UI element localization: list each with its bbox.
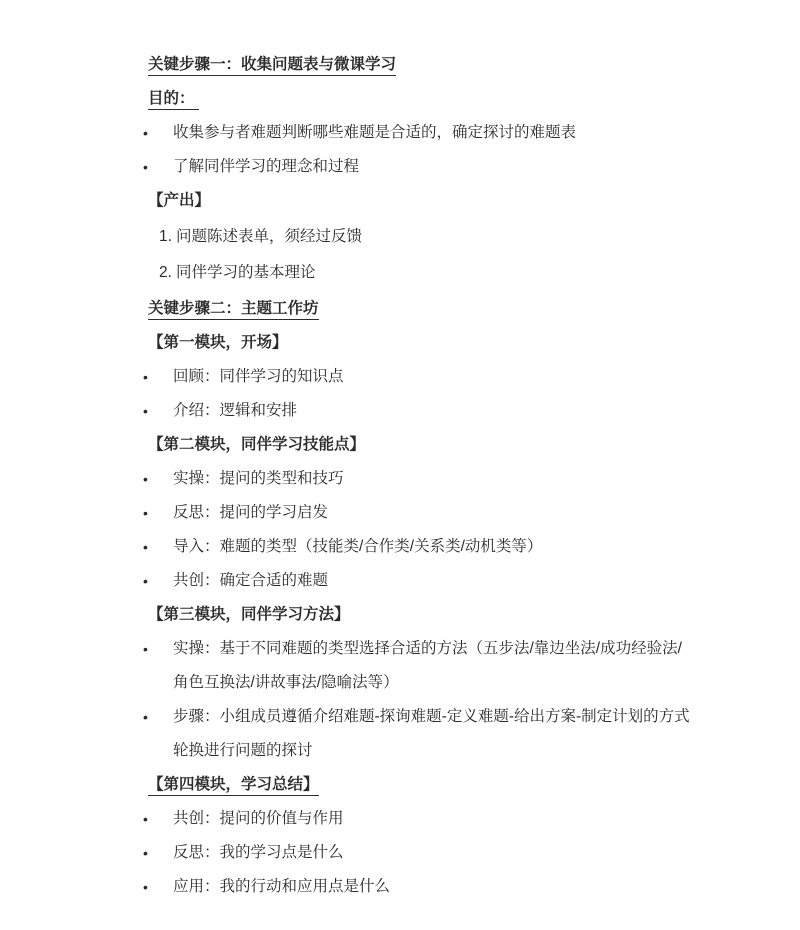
text: 回顾：同伴学习的知识点 [173, 368, 344, 385]
text: 实操：提问的类型和技巧 [173, 470, 344, 487]
text-line: 导入：难题的类型（技能类/合作类/关系类/动机类等） [173, 530, 710, 564]
bullet-marker: • [143, 116, 148, 150]
text: 收集参与者难题判断哪些难题是合适的，确定探讨的难题表 [173, 124, 576, 141]
bullet-item: •应用：我的行动和应用点是什么 [148, 870, 710, 904]
text: 实操：基于不同难题的类型选择合适的方法（五步法/靠边坐法/成功经验法/ [173, 640, 682, 657]
number-marker: 2. [159, 256, 172, 290]
text-line: 【第一模块，开场】 [148, 326, 710, 360]
text-line: 实操：基于不同难题的类型选择合适的方法（五步法/靠边坐法/成功经验法/ [173, 632, 710, 666]
bullet-marker: • [143, 700, 148, 734]
bullet-marker: • [143, 462, 148, 496]
text-line: 反思：提问的学习启发 [173, 496, 710, 530]
text-line: 【第四模块，学习总结】 [148, 768, 710, 802]
bullet-marker: • [143, 360, 148, 394]
bullet-item: •实操：提问的类型和技巧 [148, 462, 710, 496]
bullet-item: •共创：提问的价值与作用 [148, 802, 710, 836]
numbered-item: 2.同伴学习的基本理论 [148, 256, 710, 290]
bullet-item: •反思：提问的学习启发 [148, 496, 710, 530]
bullet-item: •收集参与者难题判断哪些难题是合适的，确定探讨的难题表 [148, 116, 710, 150]
text-line: 轮换进行问题的探讨 [173, 734, 710, 768]
bullet-marker: • [143, 496, 148, 530]
text: 角色互换法/讲故事法/隐喻法等） [173, 674, 399, 691]
text: 轮换进行问题的探讨 [173, 742, 313, 759]
heading: 【第三模块，同伴学习方法】 [148, 598, 710, 632]
bullet-item: •步骤：小组成员遵循介绍难题-探询难题-定义难题-给出方案-制定计划的方式轮换进… [148, 700, 710, 768]
text-line: 回顾：同伴学习的知识点 [173, 360, 710, 394]
underlined-text: 关键步骤二：主题工作坊 [148, 300, 319, 320]
bullet-marker: • [143, 802, 148, 836]
text-line: 应用：我的行动和应用点是什么 [173, 870, 710, 904]
text-line: 关键步骤二：主题工作坊 [148, 292, 710, 326]
bullet-item: •了解同伴学习的理念和过程 [148, 150, 710, 184]
text: 步骤：小组成员遵循介绍难题-探询难题-定义难题-给出方案-制定计划的方式 [173, 708, 690, 725]
text-line: 共创：确定合适的难题 [173, 564, 710, 598]
numbered-item: 1.问题陈述表单，须经过反馈 [148, 220, 710, 254]
text-line: 【第二模块，同伴学习技能点】 [148, 428, 710, 462]
bullet-item: •实操：基于不同难题的类型选择合适的方法（五步法/靠边坐法/成功经验法/角色互换… [148, 632, 710, 700]
bullet-marker: • [143, 564, 148, 598]
text-line: 问题陈述表单，须经过反馈 [176, 220, 710, 254]
text-line: 收集参与者难题判断哪些难题是合适的，确定探讨的难题表 [173, 116, 710, 150]
underlined-text: 关键步骤一：收集问题表与微课学习 [148, 56, 396, 76]
heading: 【第一模块，开场】 [148, 326, 710, 360]
bullet-marker: • [143, 150, 148, 184]
text: 【第三模块，同伴学习方法】 [148, 606, 350, 623]
text-line: 目的： [148, 82, 710, 116]
text-line: 【产出】 [148, 184, 710, 218]
text: 同伴学习的基本理论 [176, 264, 316, 281]
text: 反思：提问的学习启发 [173, 504, 328, 521]
number-marker: 1. [159, 220, 172, 254]
bullet-item: •反思：我的学习点是什么 [148, 836, 710, 870]
text: 【产出】 [148, 192, 210, 209]
text: 共创：确定合适的难题 [173, 572, 328, 589]
text: 共创：提问的价值与作用 [173, 810, 344, 827]
text-line: 角色互换法/讲故事法/隐喻法等） [173, 666, 710, 700]
text-line: 实操：提问的类型和技巧 [173, 462, 710, 496]
text-line: 步骤：小组成员遵循介绍难题-探询难题-定义难题-给出方案-制定计划的方式 [173, 700, 710, 734]
bullet-marker: • [143, 632, 148, 666]
document-content: 关键步骤一：收集问题表与微课学习目的： •收集参与者难题判断哪些难题是合适的，确… [148, 48, 710, 904]
bullet-item: •回顾：同伴学习的知识点 [148, 360, 710, 394]
text: 【第二模块，同伴学习技能点】 [148, 436, 365, 453]
bullet-item: •介绍：逻辑和安排 [148, 394, 710, 428]
text-line: 了解同伴学习的理念和过程 [173, 150, 710, 184]
text: 反思：我的学习点是什么 [173, 844, 344, 861]
text: 导入：难题的类型（技能类/合作类/关系类/动机类等） [173, 538, 542, 555]
heading: 目的： [148, 82, 710, 116]
bullet-item: •导入：难题的类型（技能类/合作类/关系类/动机类等） [148, 530, 710, 564]
bullet-marker: • [143, 394, 148, 428]
text: 问题陈述表单，须经过反馈 [176, 228, 362, 245]
heading: 【产出】 [148, 184, 710, 218]
heading: 【第二模块，同伴学习技能点】 [148, 428, 710, 462]
text: 应用：我的行动和应用点是什么 [173, 878, 390, 895]
bullet-item: •共创：确定合适的难题 [148, 564, 710, 598]
bullet-marker: • [143, 870, 148, 904]
heading: 关键步骤二：主题工作坊 [148, 292, 710, 326]
text-line: 【第三模块，同伴学习方法】 [148, 598, 710, 632]
text: 介绍：逻辑和安排 [173, 402, 297, 419]
text-line: 介绍：逻辑和安排 [173, 394, 710, 428]
bullet-marker: • [143, 836, 148, 870]
heading: 【第四模块，学习总结】 [148, 768, 710, 802]
document-page: 关键步骤一：收集问题表与微课学习目的： •收集参与者难题判断哪些难题是合适的，确… [0, 0, 800, 930]
text-line: 同伴学习的基本理论 [176, 256, 710, 290]
text: 【第一模块，开场】 [148, 334, 288, 351]
text-line: 反思：我的学习点是什么 [173, 836, 710, 870]
underlined-text: 【第四模块，学习总结】 [148, 776, 319, 796]
text-line: 共创：提问的价值与作用 [173, 802, 710, 836]
underlined-text: 目的： [148, 90, 199, 110]
heading: 关键步骤一：收集问题表与微课学习 [148, 48, 710, 82]
text-line: 关键步骤一：收集问题表与微课学习 [148, 48, 710, 82]
text: 了解同伴学习的理念和过程 [173, 158, 359, 175]
bullet-marker: • [143, 530, 148, 564]
